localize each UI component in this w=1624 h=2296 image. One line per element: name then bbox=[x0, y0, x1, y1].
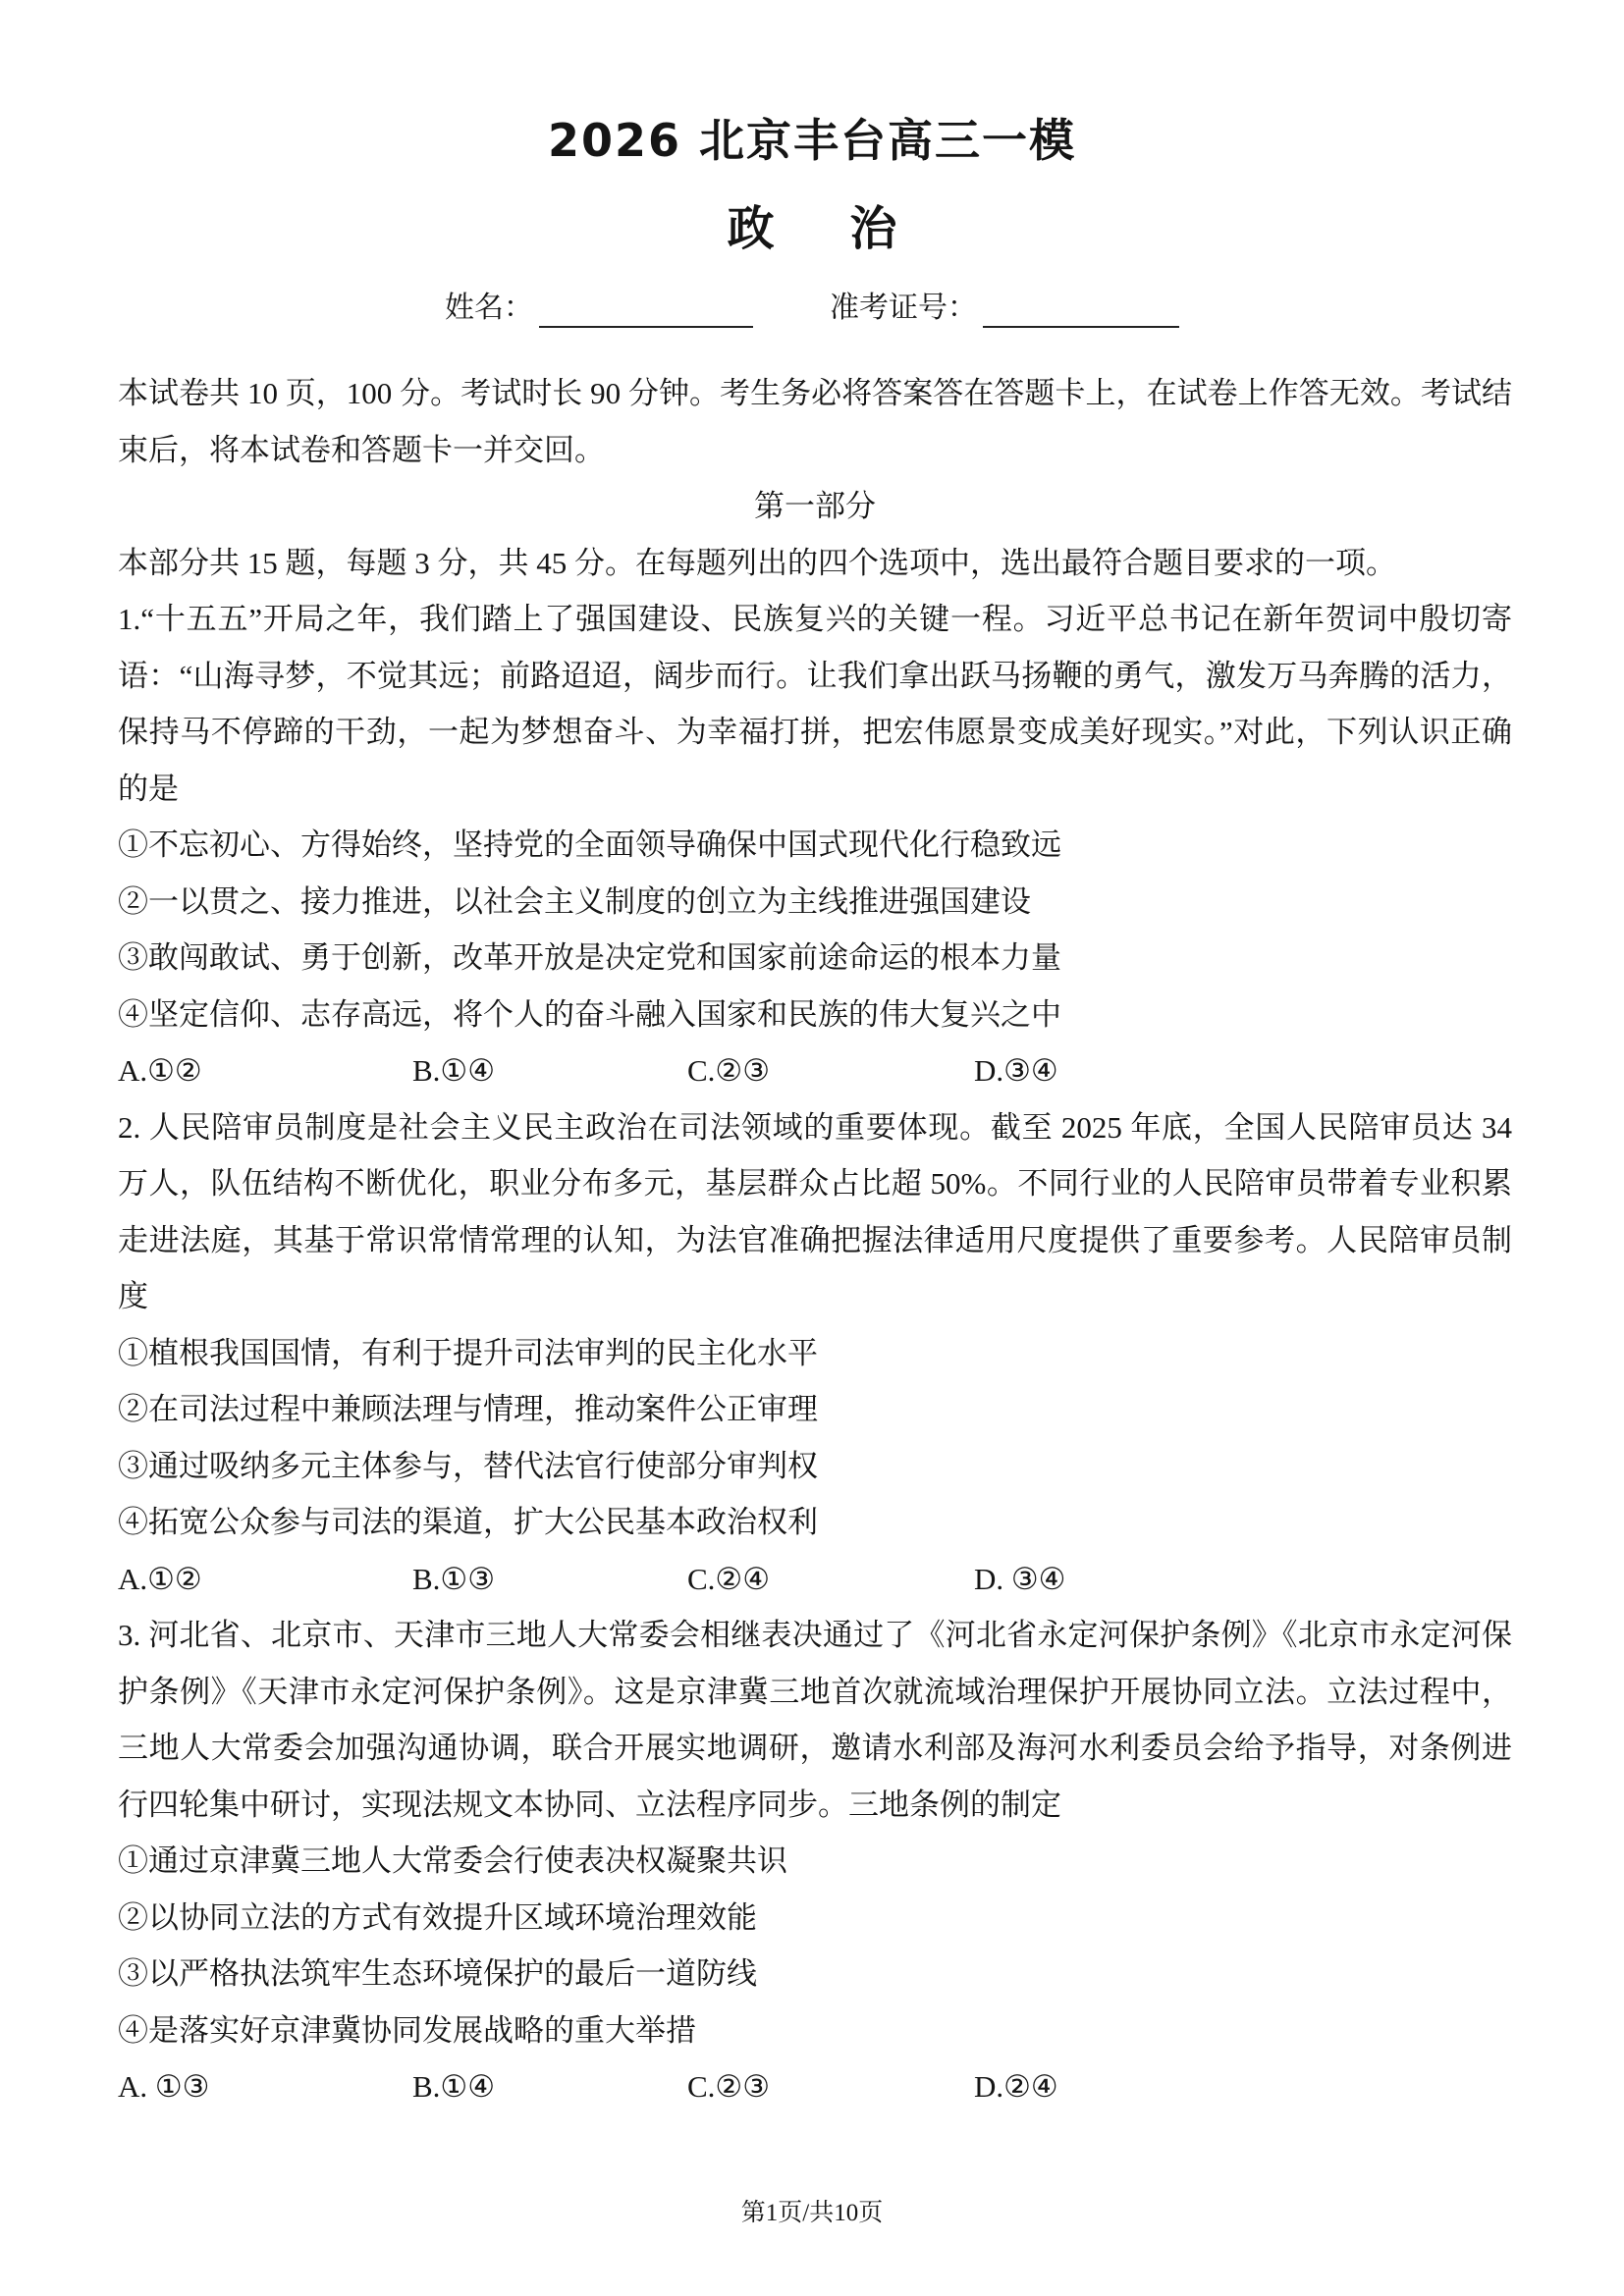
choice-a: A.①② bbox=[118, 1042, 412, 1099]
choice-d: D. ③④ bbox=[974, 1551, 1512, 1608]
name-blank-line bbox=[539, 296, 753, 328]
subject-title: 政治 bbox=[652, 200, 972, 259]
answer-choices-row: A. ①③ B.①④ C.②③ D.②④ bbox=[118, 2058, 1512, 2115]
exam-no-blank-line bbox=[983, 296, 1179, 328]
exam-no-label: 准考证号： bbox=[830, 292, 977, 324]
choice-a: A.①② bbox=[118, 1551, 412, 1608]
choice-d: D.②④ bbox=[974, 2058, 1512, 2115]
question-option: ②一以贯之、接力推进，以社会主义制度的创立为主线推进强国建设 bbox=[118, 874, 1512, 931]
question-option: ④拓宽公众参与司法的渠道，扩大公民基本政治权利 bbox=[118, 1494, 1512, 1551]
choice-c: C.②④ bbox=[687, 1551, 974, 1608]
question-option: ③以严格执法筑牢生态环境保护的最后一道防线 bbox=[118, 1946, 1512, 2002]
choice-c: C.②③ bbox=[687, 2058, 974, 2115]
exam-paper-page: 2026 北京丰台高三一模 政治 姓名：准考证号： 本试卷共 10 页，100 … bbox=[0, 0, 1624, 2296]
question-option: ①通过京津冀三地人大常委会行使表决权凝聚共识 bbox=[118, 1833, 1512, 1890]
question-option: ④是落实好京津冀协同发展战略的重大举措 bbox=[118, 2002, 1512, 2059]
choice-b: B.①④ bbox=[412, 1042, 687, 1099]
question-option: ④坚定信仰、志存高远，将个人的奋斗融入国家和民族的伟大复兴之中 bbox=[118, 987, 1512, 1043]
question-option: ①不忘初心、方得始终，坚持党的全面领导确保中国式现代化行稳致远 bbox=[118, 817, 1512, 874]
question-stem: 3. 河北省、北京市、天津市三地人大常委会相继表决通过了《河北省永定河保护条例》… bbox=[118, 1607, 1512, 1833]
exam-instructions: 本试卷共 10 页，100 分。考试时长 90 分钟。考生务必将答案答在答题卡上… bbox=[118, 365, 1512, 478]
question-stem: 1.“十五五”开局之年，我们踏上了强国建设、民族复兴的关键一程。习近平总书记在新… bbox=[118, 591, 1512, 817]
choice-b: B.①④ bbox=[412, 2058, 687, 2115]
choice-d: D.③④ bbox=[974, 1042, 1512, 1099]
choice-b: B.①③ bbox=[412, 1551, 687, 1608]
name-label: 姓名： bbox=[445, 292, 533, 324]
choice-c: C.②③ bbox=[687, 1042, 974, 1099]
question-option: ②在司法过程中兼顾法理与情理，推动案件公正审理 bbox=[118, 1381, 1512, 1438]
page-footer: 第1页/共10页 bbox=[0, 2199, 1624, 2228]
subject-title-wrap: 政治 bbox=[0, 200, 1624, 259]
choice-a: A. ①③ bbox=[118, 2058, 412, 2115]
question-stem: 2. 人民陪审员制度是社会主义民主政治在司法领域的重要体现。截至 2025 年底… bbox=[118, 1099, 1512, 1325]
page-title: 2026 北京丰台高三一模 bbox=[0, 110, 1624, 171]
question-block-3: 3. 河北省、北京市、天津市三地人大常委会相继表决通过了《河北省永定河保护条例》… bbox=[118, 1607, 1512, 2115]
question-option: ②以协同立法的方式有效提升区域环境治理效能 bbox=[118, 1890, 1512, 1947]
answer-choices-row: A.①② B.①③ C.②④ D. ③④ bbox=[118, 1551, 1512, 1608]
part1-intro: 本部分共 15 题，每题 3 分，共 45 分。在每题列出的四个选项中，选出最符… bbox=[118, 535, 1512, 592]
part1-heading: 第一部分 bbox=[118, 478, 1512, 535]
answer-choices-row: A.①② B.①④ C.②③ D.③④ bbox=[118, 1042, 1512, 1099]
question-option: ③通过吸纳多元主体参与，替代法官行使部分审判权 bbox=[118, 1438, 1512, 1495]
question-option: ③敢闯敢试、勇于创新，改革开放是决定党和国家前途命运的根本力量 bbox=[118, 930, 1512, 987]
exam-body: 本试卷共 10 页，100 分。考试时长 90 分钟。考生务必将答案答在答题卡上… bbox=[118, 365, 1512, 2115]
candidate-info-row: 姓名：准考证号： bbox=[0, 289, 1624, 328]
question-option: ①植根我国国情，有利于提升司法审判的民主化水平 bbox=[118, 1325, 1512, 1382]
question-block-2: 2. 人民陪审员制度是社会主义民主政治在司法领域的重要体现。截至 2025 年底… bbox=[118, 1099, 1512, 1608]
question-block-1: 1.“十五五”开局之年，我们踏上了强国建设、民族复兴的关键一程。习近平总书记在新… bbox=[118, 591, 1512, 1099]
